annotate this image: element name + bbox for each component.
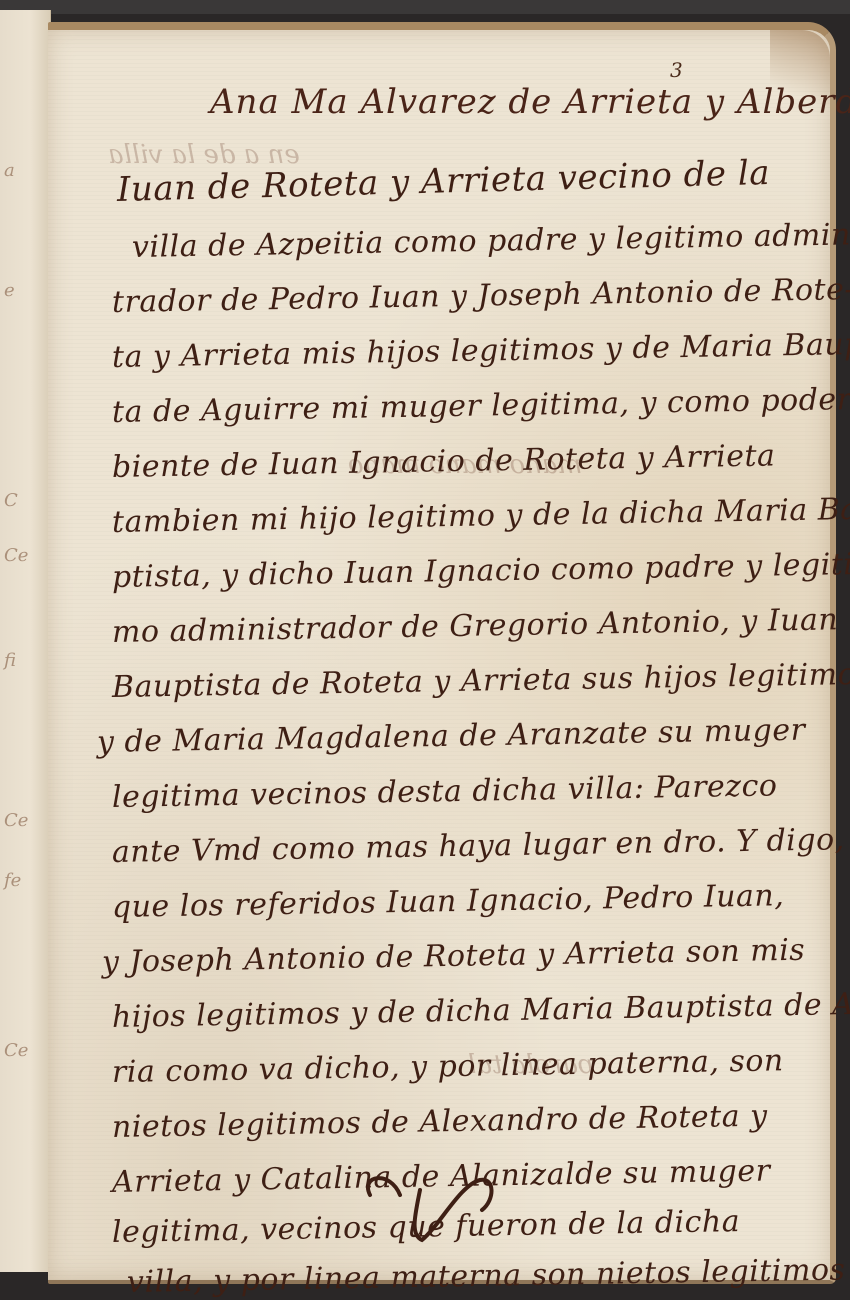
margin-mark: C — [4, 490, 18, 511]
margin-mark: a — [4, 160, 15, 181]
document-heading: Ana Ma Alvarez de Arrieta y Alberdi — [210, 82, 770, 122]
margin-mark: Ce — [4, 1040, 28, 1061]
closing-flourish-icon — [360, 1165, 500, 1245]
folio-number: 3 — [670, 58, 683, 82]
margin-mark: fe — [4, 870, 21, 891]
margin-mark: e — [4, 280, 15, 301]
manuscript-page: en a de la villa mano mano mano parola t… — [48, 22, 836, 1284]
margin-mark: Ce — [4, 810, 28, 831]
scan-backdrop — [0, 0, 850, 14]
margin-mark: Ce — [4, 545, 28, 566]
margin-mark: fi — [4, 650, 16, 671]
facing-page-edge: a e C Ce fi Ce fe Ce — [0, 10, 51, 1272]
